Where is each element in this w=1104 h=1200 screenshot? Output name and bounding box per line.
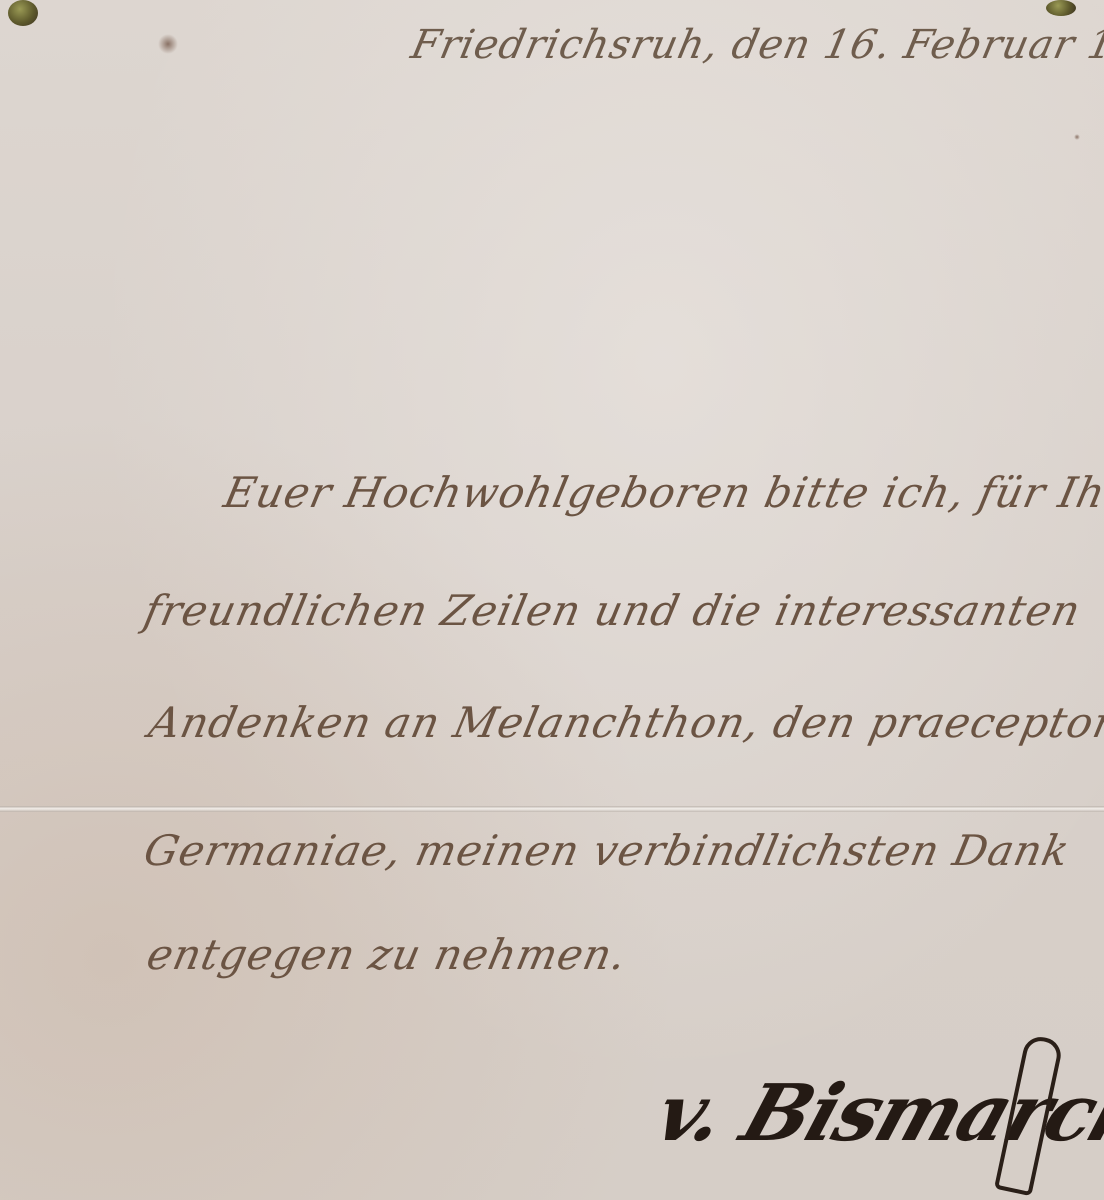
body-line-5: entgegen zu nehmen.: [143, 930, 632, 979]
pin-top-right: [1046, 0, 1076, 16]
body-line-2: freundlichen Zeilen und die interessante…: [140, 586, 1086, 635]
paper-fold-crease: [0, 806, 1104, 812]
body-line-1: Euer Hochwohlgeboren bitte ich, für Ihre: [220, 468, 1104, 517]
body-line-3: Andenken an Melanchthon, den praeceptor: [145, 698, 1104, 747]
letter-page: Friedrichsruh, den 16. Februar 1897. Eue…: [0, 0, 1104, 1200]
ink-dot: [1074, 134, 1080, 140]
ink-spot: [158, 34, 178, 54]
date-line: Friedrichsruh, den 16. Februar 1897.: [407, 22, 1104, 68]
pin-top-left: [8, 0, 38, 26]
body-line-4: Germaniae, meinen verbindlichsten Dank: [140, 826, 1075, 875]
